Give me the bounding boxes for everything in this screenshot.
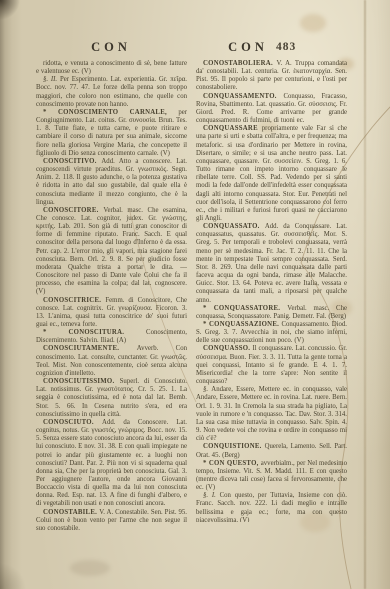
entry-headword: CONOSCITRICE.	[43, 297, 105, 304]
dictionary-entry: CONOSTABILE. V. A. Conestabile. Sen. Pis…	[36, 509, 187, 530]
foxing-stain	[70, 560, 110, 576]
dictionary-entry: * CONQUASSAZIONE. Conquassamento. Diod. …	[196, 321, 347, 345]
paper-edge	[364, 0, 366, 589]
entry-headword: CONOSTABILE.	[43, 509, 99, 516]
dictionary-entry: CONOSCITRICE. Femm. di Conoscitore, Che …	[36, 297, 187, 330]
entry-headword: * CONQUASSATORE.	[203, 305, 287, 312]
dictionary-entry: * CONOSCITURA. Conoscimento, Discernimen…	[36, 329, 187, 345]
text-column-right: CONOSTABOLIERA. V. A. Truppa comandata d…	[196, 60, 347, 522]
dictionary-entry: CONOSCIUTAMENTE. Avverb. Con conosciment…	[36, 345, 187, 378]
entry-headword: §. II.	[43, 76, 60, 83]
dictionary-entry: CONQUASSARE propriamente vale Far sì che…	[196, 125, 347, 223]
entry-headword: * CONOSCIMENTO CARNALE,	[43, 109, 178, 116]
entry-headword: CONQUISTIONE.	[203, 443, 265, 450]
dictionary-entry: * CONOSCIMENTO CARNALE, per Congiugnimen…	[36, 109, 187, 158]
entry-headword: §. I.	[203, 492, 220, 499]
entry-headword: CONOSCITIVO.	[43, 158, 101, 165]
entry-headword: CONQUASSAMENTO.	[203, 93, 283, 100]
entry-headword: CONOSCIUTISSIMO.	[43, 378, 120, 385]
page-number: 483	[276, 41, 316, 53]
entry-headword: CONOSCIUTAMENTE.	[43, 345, 137, 352]
entry-headword: * CON QUESTO,	[203, 460, 261, 467]
scanned-dictionary-page: CON CON 483 ridotta, e venuta a conoscim…	[0, 0, 390, 589]
entry-headword: CONQUASSO.	[203, 345, 252, 352]
text-column-left: ridotta, e venuta a conoscimento di sè, …	[36, 60, 187, 530]
dictionary-entry: CONQUASSATO. Add. da Conquassare. Lat. c…	[196, 223, 347, 305]
dictionary-entry: * CON QUESTO, avverbialm., per Nel medes…	[196, 460, 347, 493]
running-title-left: CON	[36, 40, 186, 56]
dictionary-entry: CONOSCITORE. Verbal. masc. Che esamina, …	[36, 207, 187, 297]
entry-headword: * CONQUASSAZIONE.	[203, 321, 281, 328]
dictionary-entry: * CONQUASSATORE. Verbal. masc. Che conqu…	[196, 305, 347, 321]
dictionary-entry: CONQUASSO. Il conquassare. Lat. concussi…	[196, 345, 347, 386]
entry-headword: CONOSTABOLIERA.	[203, 60, 276, 67]
entry-headword: CONQUASSARE	[203, 125, 262, 132]
dictionary-entry: CONOSCIUTO. Add. da Conoscere. Lat. cogn…	[36, 419, 187, 509]
dictionary-entry: ridotta, e venuta a conoscimento di sè, …	[36, 60, 187, 76]
entry-headword: CONOSCIUTO.	[43, 419, 102, 426]
foxing-stain	[300, 14, 326, 32]
dictionary-entry: §. I. Con questo, per Tuttavia, Insieme …	[196, 492, 347, 522]
entry-headword: §.	[203, 386, 211, 393]
entry-headword: * CONOSCITURA.	[43, 329, 146, 336]
dictionary-entry: §. Andare, Essere, Mettere ec. in conqua…	[196, 386, 347, 443]
dictionary-entry: CONQUASSAMENTO. Conquasso, Fracasso, Rov…	[196, 93, 347, 126]
dictionary-entry: CONOSCIUTISSIMO. Superl. di Conosciuto. …	[36, 378, 187, 419]
dictionary-entry: CONOSCITIVO. Add. Atto a conoscere. Lat.…	[36, 158, 187, 207]
dictionary-entry: §. II. Per Esperimento. Lat. experientia…	[36, 76, 187, 109]
entry-headword: CONOSCITORE.	[43, 207, 103, 214]
dictionary-entry: CONQUISTIONE. Querela, Lamento. Sell. Pa…	[196, 443, 347, 459]
entry-headword: CONQUASSATO.	[203, 223, 265, 230]
dictionary-entry: CONOSTABOLIERA. V. A. Truppa comandata d…	[196, 60, 347, 93]
